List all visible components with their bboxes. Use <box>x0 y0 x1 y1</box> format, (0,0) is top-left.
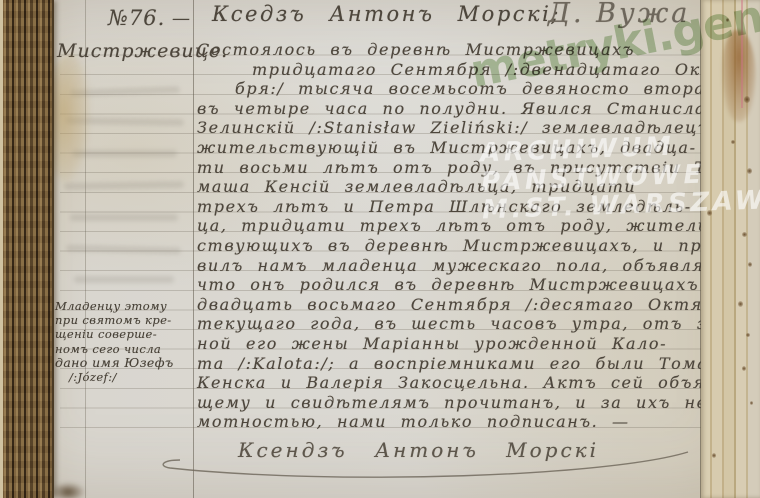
record-body-line: что онъ родился въ деревнѣ Мистржевицахъ <box>197 275 760 295</box>
baptism-note-line: Младенцу этому <box>55 299 205 313</box>
record-body-line: ствующихъ въ деревнѣ Мистржевицахъ, и пр… <box>197 236 760 256</box>
baptism-note-line: дано имя Юзефъ <box>55 356 205 370</box>
text-column-rule-line <box>193 0 194 498</box>
record-body-line: мотностью, нами только подписанъ. — <box>197 412 760 432</box>
foxing-spot <box>750 401 753 405</box>
paper-stain <box>50 482 86 498</box>
record-body-line: текущаго года, въ шесть часовъ утра, отъ… <box>197 314 760 334</box>
priest-header-line: Кседзъ Антонъ Морскі; <box>212 2 561 26</box>
baptism-note-line: щеніи соверше- <box>55 327 205 341</box>
foxing-spot <box>742 366 746 371</box>
book-binding-gutter <box>0 0 54 498</box>
record-body-line: ной его жены Маріанны урожденной Кало- <box>197 334 760 354</box>
foxing-spot <box>748 262 752 267</box>
margin-baptism-note: Младенцу этому при святомъ кре- щеніи со… <box>55 299 205 384</box>
register-scan-page: { "header": { "corner_dash": "—", "recor… <box>0 0 760 498</box>
record-body-line: вилъ намъ младенца мужескаго пола, объяв… <box>197 256 760 276</box>
baptism-note-line: номъ сего числа <box>55 342 205 356</box>
ink-bleedthrough <box>70 214 178 221</box>
ink-bleedthrough <box>72 150 177 157</box>
baptism-note-line: при святомъ кре- <box>55 313 205 327</box>
record-body-line: ца, тридцати трехъ лѣтъ отъ роду, житель… <box>197 216 760 236</box>
foxing-spot <box>738 301 743 307</box>
record-body-line: та /:Kalota:/; а воспріемниками его были… <box>197 354 760 374</box>
record-body-line: щему и свидѣтелямъ прочитанъ, и за ихъ н… <box>197 393 760 413</box>
record-body-line: Кенска и Валерія Закосцельна. Актъ сей о… <box>197 373 760 393</box>
margin-dash: — <box>172 8 190 29</box>
foxing-spot <box>744 96 750 103</box>
baptism-note-line: /:Józef:/ <box>55 370 205 384</box>
foxing-spot <box>746 333 750 337</box>
foxing-spot <box>742 232 747 237</box>
record-number: №76. <box>108 6 165 30</box>
record-body-line: въ четыре часа по полудни. Явился Станис… <box>197 99 760 119</box>
signature-flourish <box>140 442 700 492</box>
state-archive-watermark: ARCHIWUM PANSTWOWE M.ST. WARSZAWY <box>480 129 760 225</box>
record-body-text: Состоялось въ деревнѣ Мистржевицахъ трид… <box>197 40 760 432</box>
record-body-line: двадцать восьмаго Сентября /:десятаго Ок… <box>197 295 760 315</box>
ink-bleedthrough <box>74 276 174 283</box>
foxing-spot <box>712 453 716 458</box>
